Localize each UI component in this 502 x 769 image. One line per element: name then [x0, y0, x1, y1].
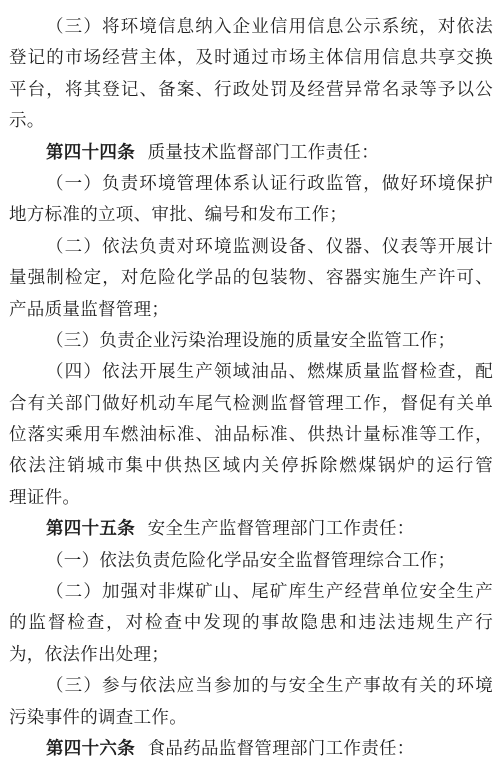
line-text: 污染事件的调查工作。: [9, 707, 187, 727]
text-line: （二）依法负责对环境监测设备、仪器、仪表等开展计: [9, 231, 493, 262]
line-text: 食品药品监督管理部门工作责任：: [148, 738, 415, 758]
text-line: 产品质量监督管理；: [9, 294, 493, 325]
text-line: 量强制检定，对危险化学品的包装物、容器实施生产许可、: [9, 262, 493, 293]
article-heading-line: 第四十四条质量技术监督部门工作责任：: [9, 137, 493, 168]
text-line: （三）将环境信息纳入企业信用信息公示系统，对依法: [9, 11, 493, 42]
line-text: （四）依法开展生产领域油品、燃煤质量监督检查，配: [46, 361, 493, 381]
line-text: 为，依法作出处理；: [9, 644, 169, 664]
text-line: （二）加强对非煤矿山、尾矿库生产经营单位安全生产: [9, 576, 493, 607]
text-line: 依法注销城市集中供热区域内关停拆除燃煤锅炉的运行管: [9, 450, 493, 481]
text-line: 理证件。: [9, 482, 493, 513]
text-line: 平台，将其登记、备案、行政处罚及经营异常名录等予以公: [9, 74, 493, 105]
line-text: 示。: [9, 110, 45, 130]
document-page: （三）将环境信息纳入企业信用信息公示系统，对依法登记的市场经营主体，及时通过市场…: [0, 0, 502, 769]
line-text: 理证件。: [9, 487, 80, 507]
text-line: （三）负责企业污染治理设施的质量安全监管工作；: [9, 325, 493, 356]
document-text-block: （三）将环境信息纳入企业信用信息公示系统，对依法登记的市场经营主体，及时通过市场…: [9, 11, 493, 764]
text-line: 污染事件的调查工作。: [9, 702, 493, 733]
line-text: （三）负责企业污染治理设施的质量安全监管工作；: [46, 330, 455, 350]
text-line: 位落实乘用车燃油标准、油品标准、供热计量标准等工作，: [9, 419, 493, 450]
article-number: 第四十六条: [46, 738, 135, 758]
text-line: 的监督检查，对检查中发现的事故隐患和违法违规生产行: [9, 607, 493, 638]
line-text: （二）依法负责对环境监测设备、仪器、仪表等开展计: [46, 236, 493, 256]
article-number: 第四十四条: [46, 142, 135, 162]
text-line: 为，依法作出处理；: [9, 639, 493, 670]
line-text: 产品质量监督管理；: [9, 299, 169, 319]
text-line: 地方标准的立项、审批、编号和发布工作；: [9, 199, 493, 230]
line-text: 合有关部门做好机动车尾气检测监督管理工作，督促有关单: [9, 393, 493, 413]
line-text: 的监督检查，对检查中发现的事故隐患和违法违规生产行: [9, 612, 493, 632]
line-text: （一）依法负责危险化学品安全监督管理综合工作；: [46, 550, 455, 570]
line-text: 依法注销城市集中供热区域内关停拆除燃煤锅炉的运行管: [9, 455, 493, 475]
text-line: 登记的市场经营主体，及时通过市场主体信用信息共享交换: [9, 42, 493, 73]
article-heading-line: 第四十六条食品药品监督管理部门工作责任：: [9, 733, 493, 764]
line-text: 登记的市场经营主体，及时通过市场主体信用信息共享交换: [9, 47, 493, 67]
text-line: 合有关部门做好机动车尾气检测监督管理工作，督促有关单: [9, 388, 493, 419]
article-heading-line: 第四十五条安全生产监督管理部门工作责任：: [9, 513, 493, 544]
text-line: 示。: [9, 105, 493, 136]
line-text: 地方标准的立项、审批、编号和发布工作；: [9, 204, 347, 224]
line-text: 平台，将其登记、备案、行政处罚及经营异常名录等予以公: [9, 79, 493, 99]
line-text: （二）加强对非煤矿山、尾矿库生产经营单位安全生产: [46, 581, 493, 601]
article-number: 第四十五条: [46, 518, 135, 538]
text-line: （三）参与依法应当参加的与安全生产事故有关的环境: [9, 670, 493, 701]
text-line: （一）依法负责危险化学品安全监督管理综合工作；: [9, 545, 493, 576]
line-text: 位落实乘用车燃油标准、油品标准、供热计量标准等工作，: [9, 424, 493, 444]
line-text: 安全生产监督管理部门工作责任：: [148, 518, 415, 538]
line-text: （三）将环境信息纳入企业信用信息公示系统，对依法: [46, 16, 493, 36]
line-text: 量强制检定，对危险化学品的包装物、容器实施生产许可、: [9, 267, 493, 287]
line-text: （一）负责环境管理体系认证行政监管，做好环境保护: [46, 173, 493, 193]
text-line: （一）负责环境管理体系认证行政监管，做好环境保护: [9, 168, 493, 199]
line-text: （三）参与依法应当参加的与安全生产事故有关的环境: [46, 675, 493, 695]
line-text: 质量技术监督部门工作责任：: [148, 142, 379, 162]
text-line: （四）依法开展生产领域油品、燃煤质量监督检查，配: [9, 356, 493, 387]
